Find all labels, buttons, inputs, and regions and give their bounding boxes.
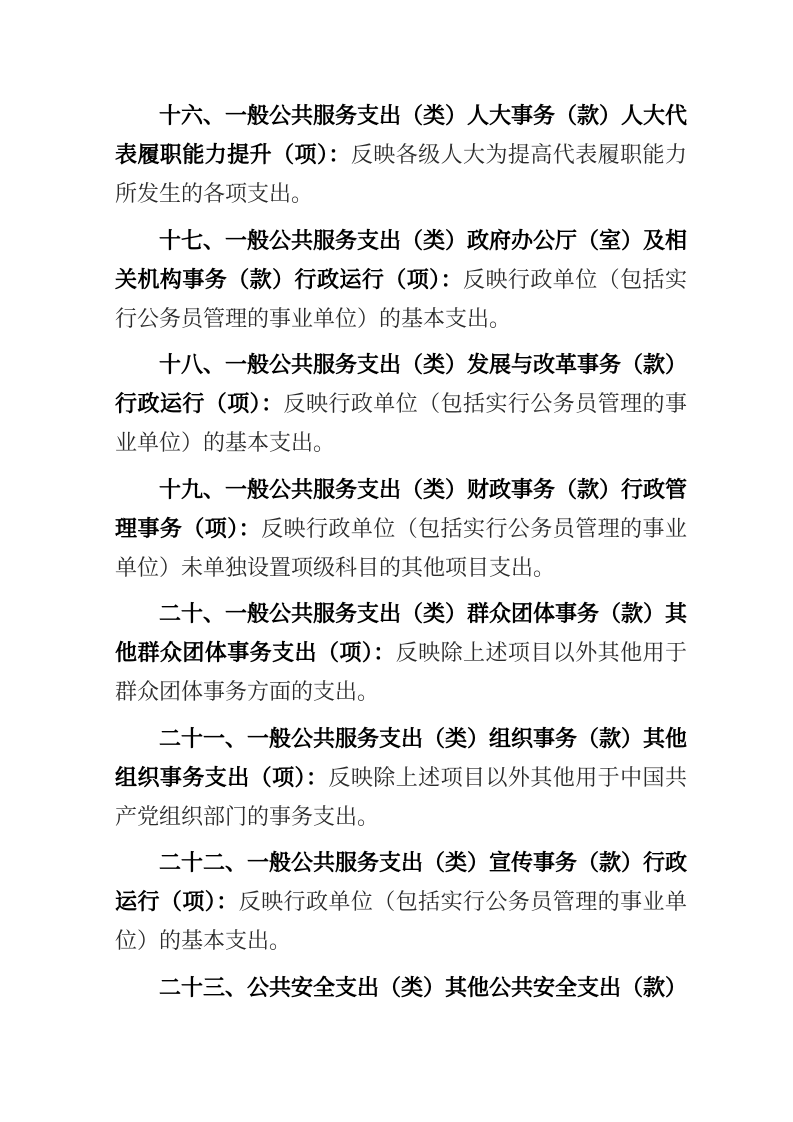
- document-content: 十六、一般公共服务支出（类）人大事务（款）人大代表履职能力提升（项）：反映各级人…: [115, 96, 687, 1007]
- document-page: 十六、一般公共服务支出（类）人大事务（款）人大代表履职能力提升（项）：反映各级人…: [0, 0, 793, 1122]
- paragraph: 十七、一般公共服务支出（类）政府办公厅（室）及相关机构事务（款）行政运行（项）：…: [115, 221, 687, 338]
- paragraph: 二十一、一般公共服务支出（类）组织事务（款）其他组织事务支出（项）：反映除上述项…: [115, 719, 687, 836]
- paragraph: 十九、一般公共服务支出（类）财政事务（款）行政管理事务（项）：反映行政单位（包括…: [115, 470, 687, 587]
- paragraph: 二十二、一般公共服务支出（类）宣传事务（款）行政运行（项）：反映行政单位（包括实…: [115, 843, 687, 960]
- paragraph: 十八、一般公共服务支出（类）发展与改革事务（款）行政运行（项）：反映行政单位（包…: [115, 345, 687, 462]
- paragraph-heading: 二十三、公共安全支出（类）其他公共安全支出（款）: [159, 975, 687, 1000]
- paragraph: 二十、一般公共服务支出（类）群众团体事务（款）其他群众团体事务支出（项）：反映除…: [115, 594, 687, 711]
- paragraph: 十六、一般公共服务支出（类）人大事务（款）人大代表履职能力提升（项）：反映各级人…: [115, 96, 687, 213]
- paragraph: 二十三、公共安全支出（类）其他公共安全支出（款）: [115, 968, 687, 1007]
